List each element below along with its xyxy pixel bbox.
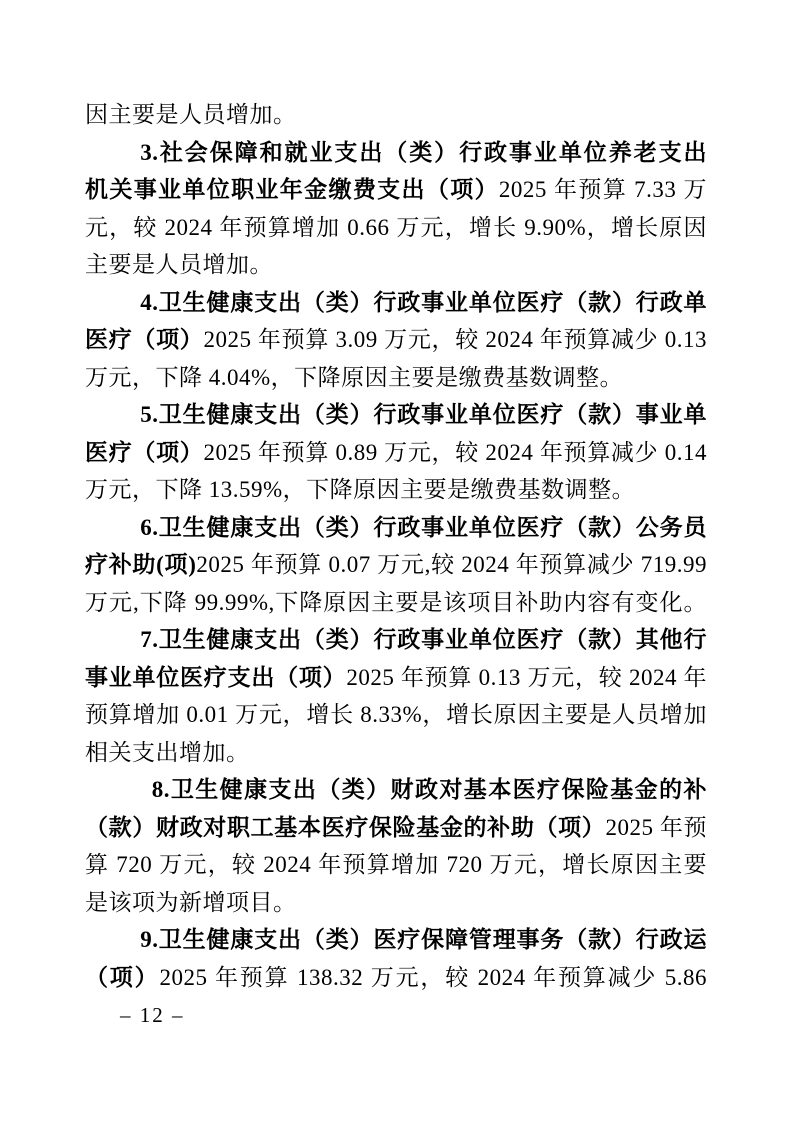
text-segment: 医疗（项） bbox=[85, 327, 203, 352]
text-segment: 事业单位医疗支出（项） bbox=[85, 665, 346, 690]
text-segment: 万元，下降 13.59%，下降原因主要是缴费基数调整。 bbox=[85, 477, 635, 502]
text-line: 3.社会保障和就业支出（类）行政事业单位养老支出（款） bbox=[85, 134, 707, 172]
text-segment: 2025 年预算 7.33 万 bbox=[499, 177, 707, 202]
text-segment: 主要是人员增加。 bbox=[85, 252, 273, 277]
text-segment: 算 720 万元，较 2024 年预算增加 720 万元，增长原因主要 bbox=[85, 852, 707, 877]
text-segment: 8.卫生健康支出（类）财政对基本医疗保险基金的补助 bbox=[85, 777, 707, 809]
text-line: 元，较 2024 年预算增加 0.66 万元，增长 9.90%，增长原因 bbox=[85, 209, 707, 247]
text-line: 是该项为新增项目。 bbox=[85, 884, 707, 922]
text-line: 算 720 万元，较 2024 年预算增加 720 万元，增长原因主要 bbox=[85, 846, 707, 884]
text-segment: 5.卫生健康支出（类）行政事业单位医疗（款）事业单位 bbox=[85, 402, 707, 434]
text-segment: 是该项为新增项目。 bbox=[85, 890, 297, 915]
text-line: 万元,下降 99.99%,下降原因主要是该项目补助内容有变化。 bbox=[85, 584, 707, 622]
text-line: 相关支出增加。 bbox=[85, 734, 707, 772]
text-line: 7.卫生健康支出（类）行政事业单位医疗（款）其他行政 bbox=[85, 621, 707, 659]
text-line: 6.卫生健康支出（类）行政事业单位医疗（款）公务员医 bbox=[85, 509, 707, 547]
text-segment: 万元，下降 4.04%，下降原因主要是缴费基数调整。 bbox=[85, 365, 623, 390]
text-segment: 2025 年预算 3.09 万元，较 2024 年预算减少 0.13 bbox=[203, 327, 707, 352]
text-segment: 2025 年预算 0.89 万元，较 2024 年预算减少 0.14 bbox=[203, 440, 707, 465]
text-segment: 万元,下降 99.99%,下降原因主要是该项目补助内容有变化。 bbox=[85, 590, 707, 615]
text-segment: 4.卫生健康支出（类）行政事业单位医疗（款）行政单位 bbox=[85, 290, 707, 322]
document-body: 因主要是人员增加。3.社会保障和就业支出（类）行政事业单位养老支出（款）机关事业… bbox=[85, 96, 707, 996]
text-line: 预算增加 0.01 万元，增长 8.33%，增长原因主要是人员增加 bbox=[85, 696, 707, 734]
text-line: （项）2025 年预算 138.32 万元，较 2024 年预算减少 5.86 … bbox=[85, 959, 707, 997]
text-line: 9.卫生健康支出（类）医疗保障管理事务（款）行政运行 bbox=[85, 921, 707, 959]
text-line: 因主要是人员增加。 bbox=[85, 96, 707, 134]
text-line: 万元，下降 4.04%，下降原因主要是缴费基数调整。 bbox=[85, 359, 707, 397]
text-line: 5.卫生健康支出（类）行政事业单位医疗（款）事业单位 bbox=[85, 396, 707, 434]
text-line: 事业单位医疗支出（项）2025 年预算 0.13 万元，较 2024 年 bbox=[85, 659, 707, 697]
text-line: 万元，下降 13.59%，下降原因主要是缴费基数调整。 bbox=[85, 471, 707, 509]
text-line: 医疗（项）2025 年预算 0.89 万元，较 2024 年预算减少 0.14 bbox=[85, 434, 707, 472]
page-number: – 12 – bbox=[120, 1002, 185, 1028]
text-line: 4.卫生健康支出（类）行政事业单位医疗（款）行政单位 bbox=[85, 284, 707, 322]
text-segment: 相关支出增加。 bbox=[85, 740, 250, 765]
text-line: 8.卫生健康支出（类）财政对基本医疗保险基金的补助 bbox=[85, 771, 707, 809]
text-segment: 2025 年预算 138.32 万元，较 2024 年预算减少 5.86 万 bbox=[85, 965, 707, 997]
text-segment: 元，较 2024 年预算增加 0.66 万元，增长 9.90%，增长原因 bbox=[85, 215, 707, 240]
text-segment: 2025 年预算 0.13 万元，较 2024 年 bbox=[346, 665, 707, 690]
text-segment: 3.社会保障和就业支出（类）行政事业单位养老支出（款） bbox=[85, 140, 707, 172]
text-segment: （款）财政对职工基本医疗保险基金的补助（项） bbox=[85, 815, 605, 840]
text-segment: 2025 年预算 0.07 万元,较 2024 年预算减少 719.99 bbox=[196, 552, 707, 577]
text-segment: 机关事业单位职业年金缴费支出（项） bbox=[85, 177, 499, 202]
text-segment: 因主要是人员增加。 bbox=[85, 102, 297, 127]
text-segment: 6.卫生健康支出（类）行政事业单位医疗（款）公务员医 bbox=[85, 515, 707, 547]
text-line: 疗补助(项)2025 年预算 0.07 万元,较 2024 年预算减少 719.… bbox=[85, 546, 707, 584]
text-line: 机关事业单位职业年金缴费支出（项）2025 年预算 7.33 万 bbox=[85, 171, 707, 209]
text-segment: （项） bbox=[85, 965, 159, 990]
text-line: （款）财政对职工基本医疗保险基金的补助（项）2025 年预 bbox=[85, 809, 707, 847]
text-segment: 医疗（项） bbox=[85, 440, 203, 465]
text-segment: 预算增加 0.01 万元，增长 8.33%，增长原因主要是人员增加 bbox=[85, 702, 707, 727]
text-line: 医疗（项）2025 年预算 3.09 万元，较 2024 年预算减少 0.13 bbox=[85, 321, 707, 359]
text-line: 主要是人员增加。 bbox=[85, 246, 707, 284]
text-segment: 疗补助(项) bbox=[85, 552, 196, 577]
text-segment: 2025 年预 bbox=[605, 815, 707, 840]
text-segment: 7.卫生健康支出（类）行政事业单位医疗（款）其他行政 bbox=[85, 627, 707, 659]
document-page: 因主要是人员增加。3.社会保障和就业支出（类）行政事业单位养老支出（款）机关事业… bbox=[0, 0, 793, 1122]
text-segment: 9.卫生健康支出（类）医疗保障管理事务（款）行政运行 bbox=[85, 927, 707, 959]
